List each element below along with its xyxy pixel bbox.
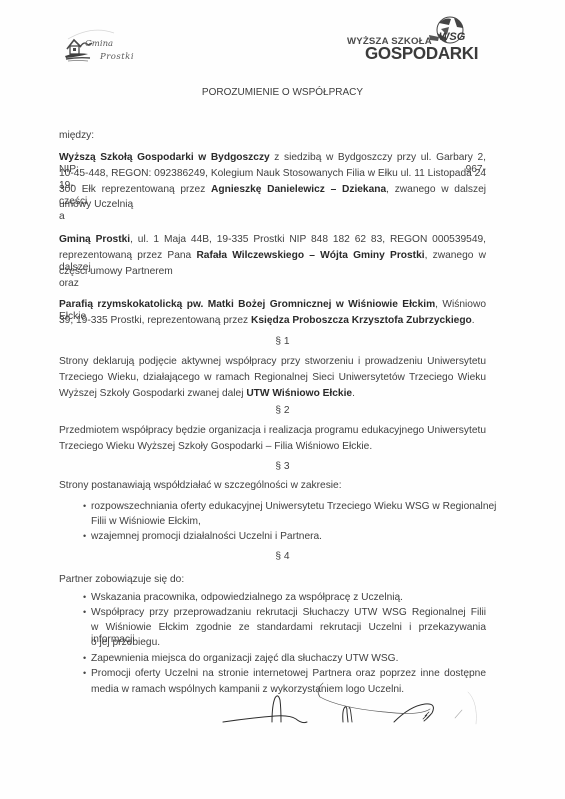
section-heading: § 3 — [0, 461, 565, 472]
bullet-line: Wskazania pracownika, odpowiedzialnego z… — [91, 592, 403, 604]
bullet-line: Filii w Wiśniowie Ełckim, — [91, 516, 201, 528]
party1-line: umowy Uczelnią — [59, 199, 133, 211]
bullet-line: wzajemnej promocji działalności Uczelni … — [91, 531, 322, 543]
document-page: Gmina Prostki WSG WYŻSZA SZKOŁA GOSPODAR… — [0, 0, 565, 799]
logo-text-gospodarki: GOSPODARKI — [365, 44, 478, 65]
between-label: między: — [59, 130, 94, 142]
section-intro: Partner zobowiązuje się do: — [59, 574, 184, 586]
section-heading: § 1 — [0, 336, 565, 347]
section-line: Wyższej Szkoły Gospodarki zwanej dalej U… — [59, 388, 355, 400]
bullet-icon: • — [83, 501, 86, 511]
bullet-icon: • — [83, 653, 86, 663]
bullet-line: media w ramach wspólnych kampanii z wyko… — [91, 684, 404, 696]
conjunction-a: a — [59, 211, 65, 223]
section-heading: § 4 — [0, 551, 565, 562]
bullet-line: rozpowszechniania oferty edukacyjnej Uni… — [91, 501, 496, 513]
section-intro: Strony postanawiają współdziałać w szcze… — [59, 480, 342, 492]
bullet-line: Współpracy przy przeprowadzaniu rekrutac… — [91, 607, 486, 619]
document-title: POROZUMIENIE O WSPÓŁPRACY — [0, 87, 565, 98]
party3-line: 39, 19-335 Prostki, reprezentowaną przez… — [59, 315, 475, 327]
section-line: Trzeciego Wieku, działającego w ramach R… — [59, 372, 486, 384]
wsg-badge-text: WSG — [439, 31, 465, 43]
bullet-line: Promocji oferty Uczelni na stronie inter… — [91, 668, 486, 680]
conjunction-oraz: oraz — [59, 278, 79, 290]
bullet-icon: • — [83, 668, 86, 678]
logo-text-gmina: Gmina — [85, 39, 113, 49]
logo-text-prostki: Prostki — [100, 52, 134, 62]
party2-line: części umowy Partnerem — [59, 266, 173, 278]
bullet-icon: • — [83, 592, 86, 602]
party2-line: Gminą Prostki, ul. 1 Maja 44B, 19-335 Pr… — [59, 234, 486, 246]
bullet-icon: • — [83, 531, 86, 541]
section-line: Trzeciego Wieku Wyższej Szkoły Gospodark… — [59, 441, 372, 453]
section-line: Przedmiotem współpracy będzie organizacj… — [59, 425, 486, 437]
section-heading: § 2 — [0, 405, 565, 416]
bullet-line: Zapewnienia miejsca do organizacji zajęć… — [91, 653, 398, 665]
bullet-line: o jej przebiegu. — [91, 637, 160, 649]
bullet-icon: • — [83, 607, 86, 617]
section-line: Strony deklarują podjęcie aktywnej współ… — [59, 356, 486, 368]
